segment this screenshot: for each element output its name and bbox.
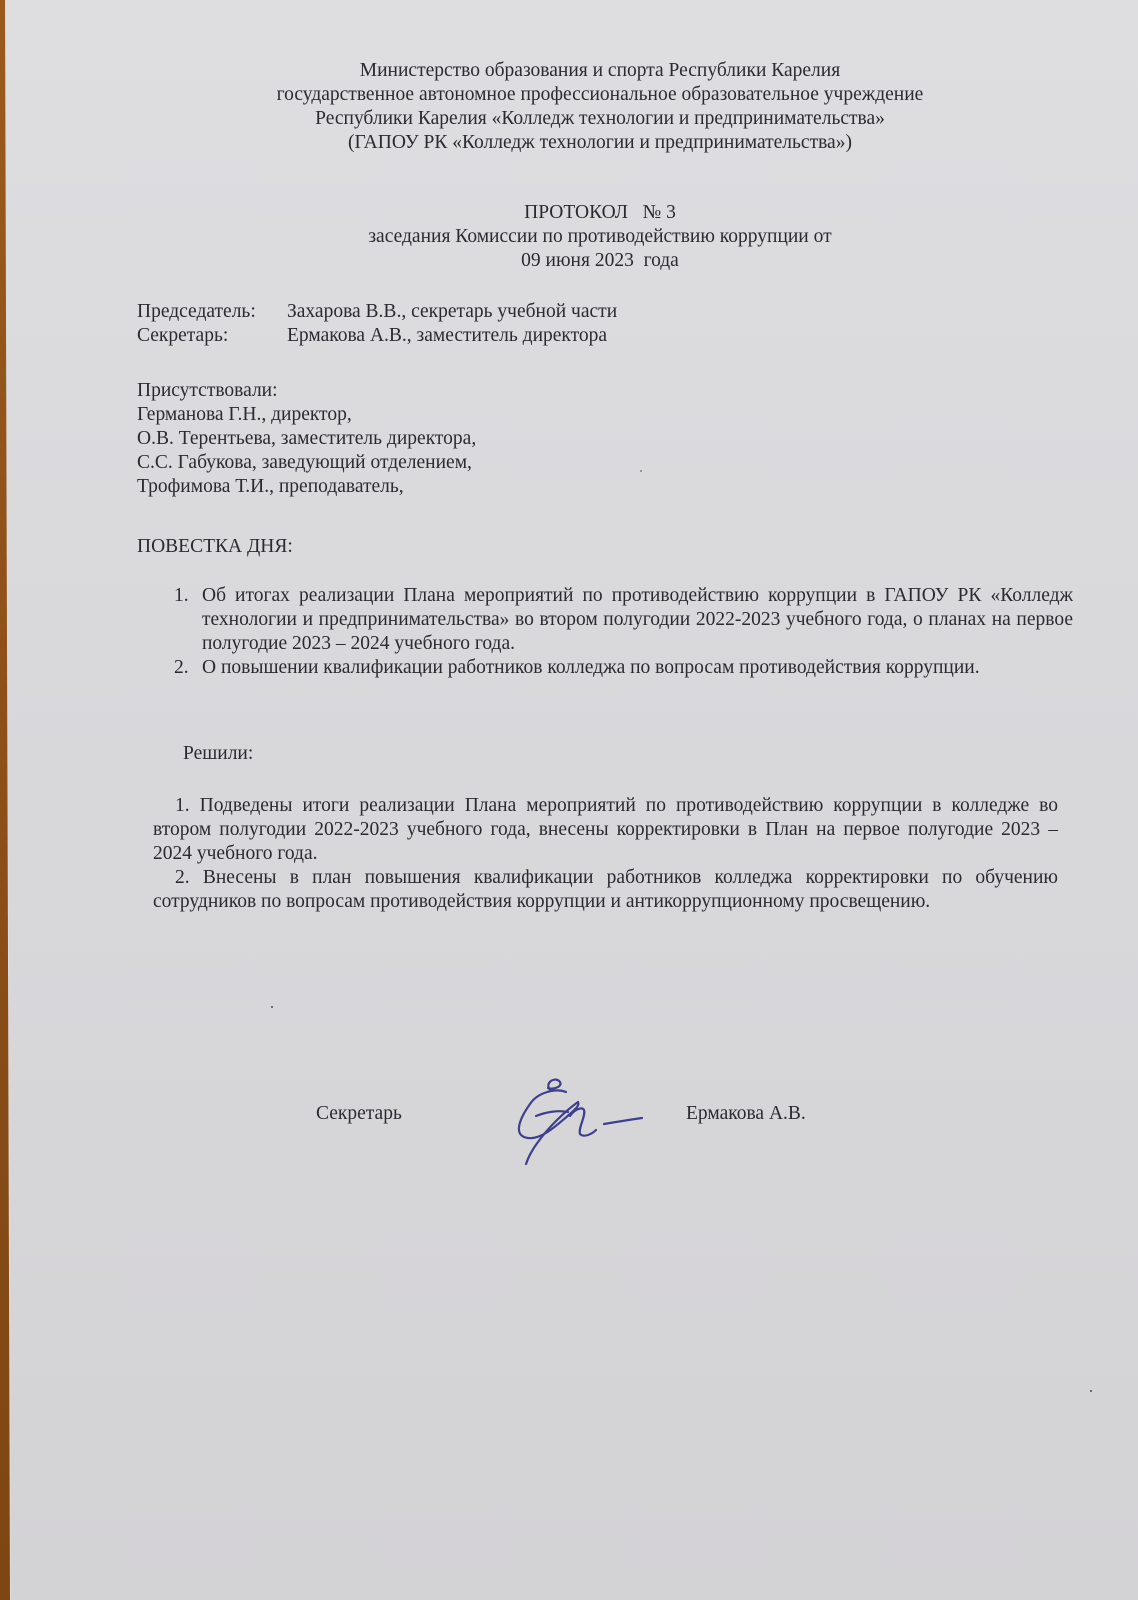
header-line-institution-name: Республики Карелия «Колледж технологии и… <box>180 107 1020 131</box>
agenda-item-text: О повышении квалификации работников колл… <box>202 657 980 678</box>
agenda-item-number: 1. <box>174 584 189 608</box>
attendee-item: О.В. Терентьева, заместитель директора, <box>137 427 476 451</box>
chairman-row: Председатель: Захарова В.В., секретарь у… <box>137 300 617 324</box>
chairman-value: Захарова В.В., секретарь учебной части <box>287 300 617 324</box>
meeting-roles: Председатель: Захарова В.В., секретарь у… <box>137 300 617 348</box>
resolutions-list: 1. Подведены итоги реализации Плана меро… <box>153 794 1058 914</box>
document-page: Министерство образования и спорта Респуб… <box>0 0 1138 1600</box>
agenda-item: 2. О повышении квалификации работников к… <box>168 656 1073 680</box>
paper-speck <box>1090 1390 1092 1392</box>
signature-role-label: Секретарь <box>316 1102 402 1126</box>
attendees-section: Присутствовали: Германова Г.Н., директор… <box>137 379 476 499</box>
chairman-label: Председатель: <box>137 300 287 324</box>
attendee-item: Германова Г.Н., директор, <box>137 403 476 427</box>
resolution-item: 2. Внесены в план повышения квалификации… <box>153 866 1058 914</box>
attendees-heading: Присутствовали: <box>137 379 476 403</box>
agenda-heading: ПОВЕСТКА ДНЯ: <box>137 535 293 559</box>
header-line-institution-type: государственное автономное профессиональ… <box>180 83 1020 107</box>
agenda-item: 1. Об итогах реализации Плана мероприяти… <box>168 584 1073 656</box>
attendee-item: С.С. Габукова, заведующий отделением, <box>137 451 476 475</box>
protocol-title: ПРОТОКОЛ № 3 заседания Комиссии по проти… <box>240 201 960 273</box>
paper-speck <box>271 1006 273 1008</box>
paper-speck <box>640 470 642 472</box>
signatory-name: Ермакова А.В. <box>686 1102 806 1126</box>
protocol-heading: ПРОТОКОЛ № 3 <box>240 201 960 225</box>
agenda-item-text: Об итогах реализации Плана мероприятий п… <box>202 585 1073 654</box>
agenda-item-number: 2. <box>174 656 189 680</box>
resolution-item: 1. Подведены итоги реализации Плана меро… <box>153 794 1058 866</box>
resolutions-heading: Решили: <box>183 742 253 766</box>
agenda-list: 1. Об итогах реализации Плана мероприяти… <box>168 584 1073 680</box>
secretary-value: Ермакова А.В., заместитель директора <box>287 324 607 348</box>
attendee-item: Трофимова Т.И., преподаватель, <box>137 475 476 499</box>
header-line-ministry: Министерство образования и спорта Респуб… <box>180 59 1020 83</box>
secretary-label: Секретарь: <box>137 324 287 348</box>
organization-header: Министерство образования и спорта Респуб… <box>180 59 1020 155</box>
handwritten-signature-icon <box>508 1072 658 1167</box>
secretary-row: Секретарь: Ермакова А.В., заместитель ди… <box>137 324 617 348</box>
header-line-abbreviation: (ГАПОУ РК «Колледж технологии и предприн… <box>180 131 1020 155</box>
protocol-subtitle: заседания Комиссии по противодействию ко… <box>240 225 960 249</box>
protocol-date: 09 июня 2023 года <box>240 249 960 273</box>
signature-block: Секретарь Ермакова А.В. <box>0 1102 1138 1162</box>
